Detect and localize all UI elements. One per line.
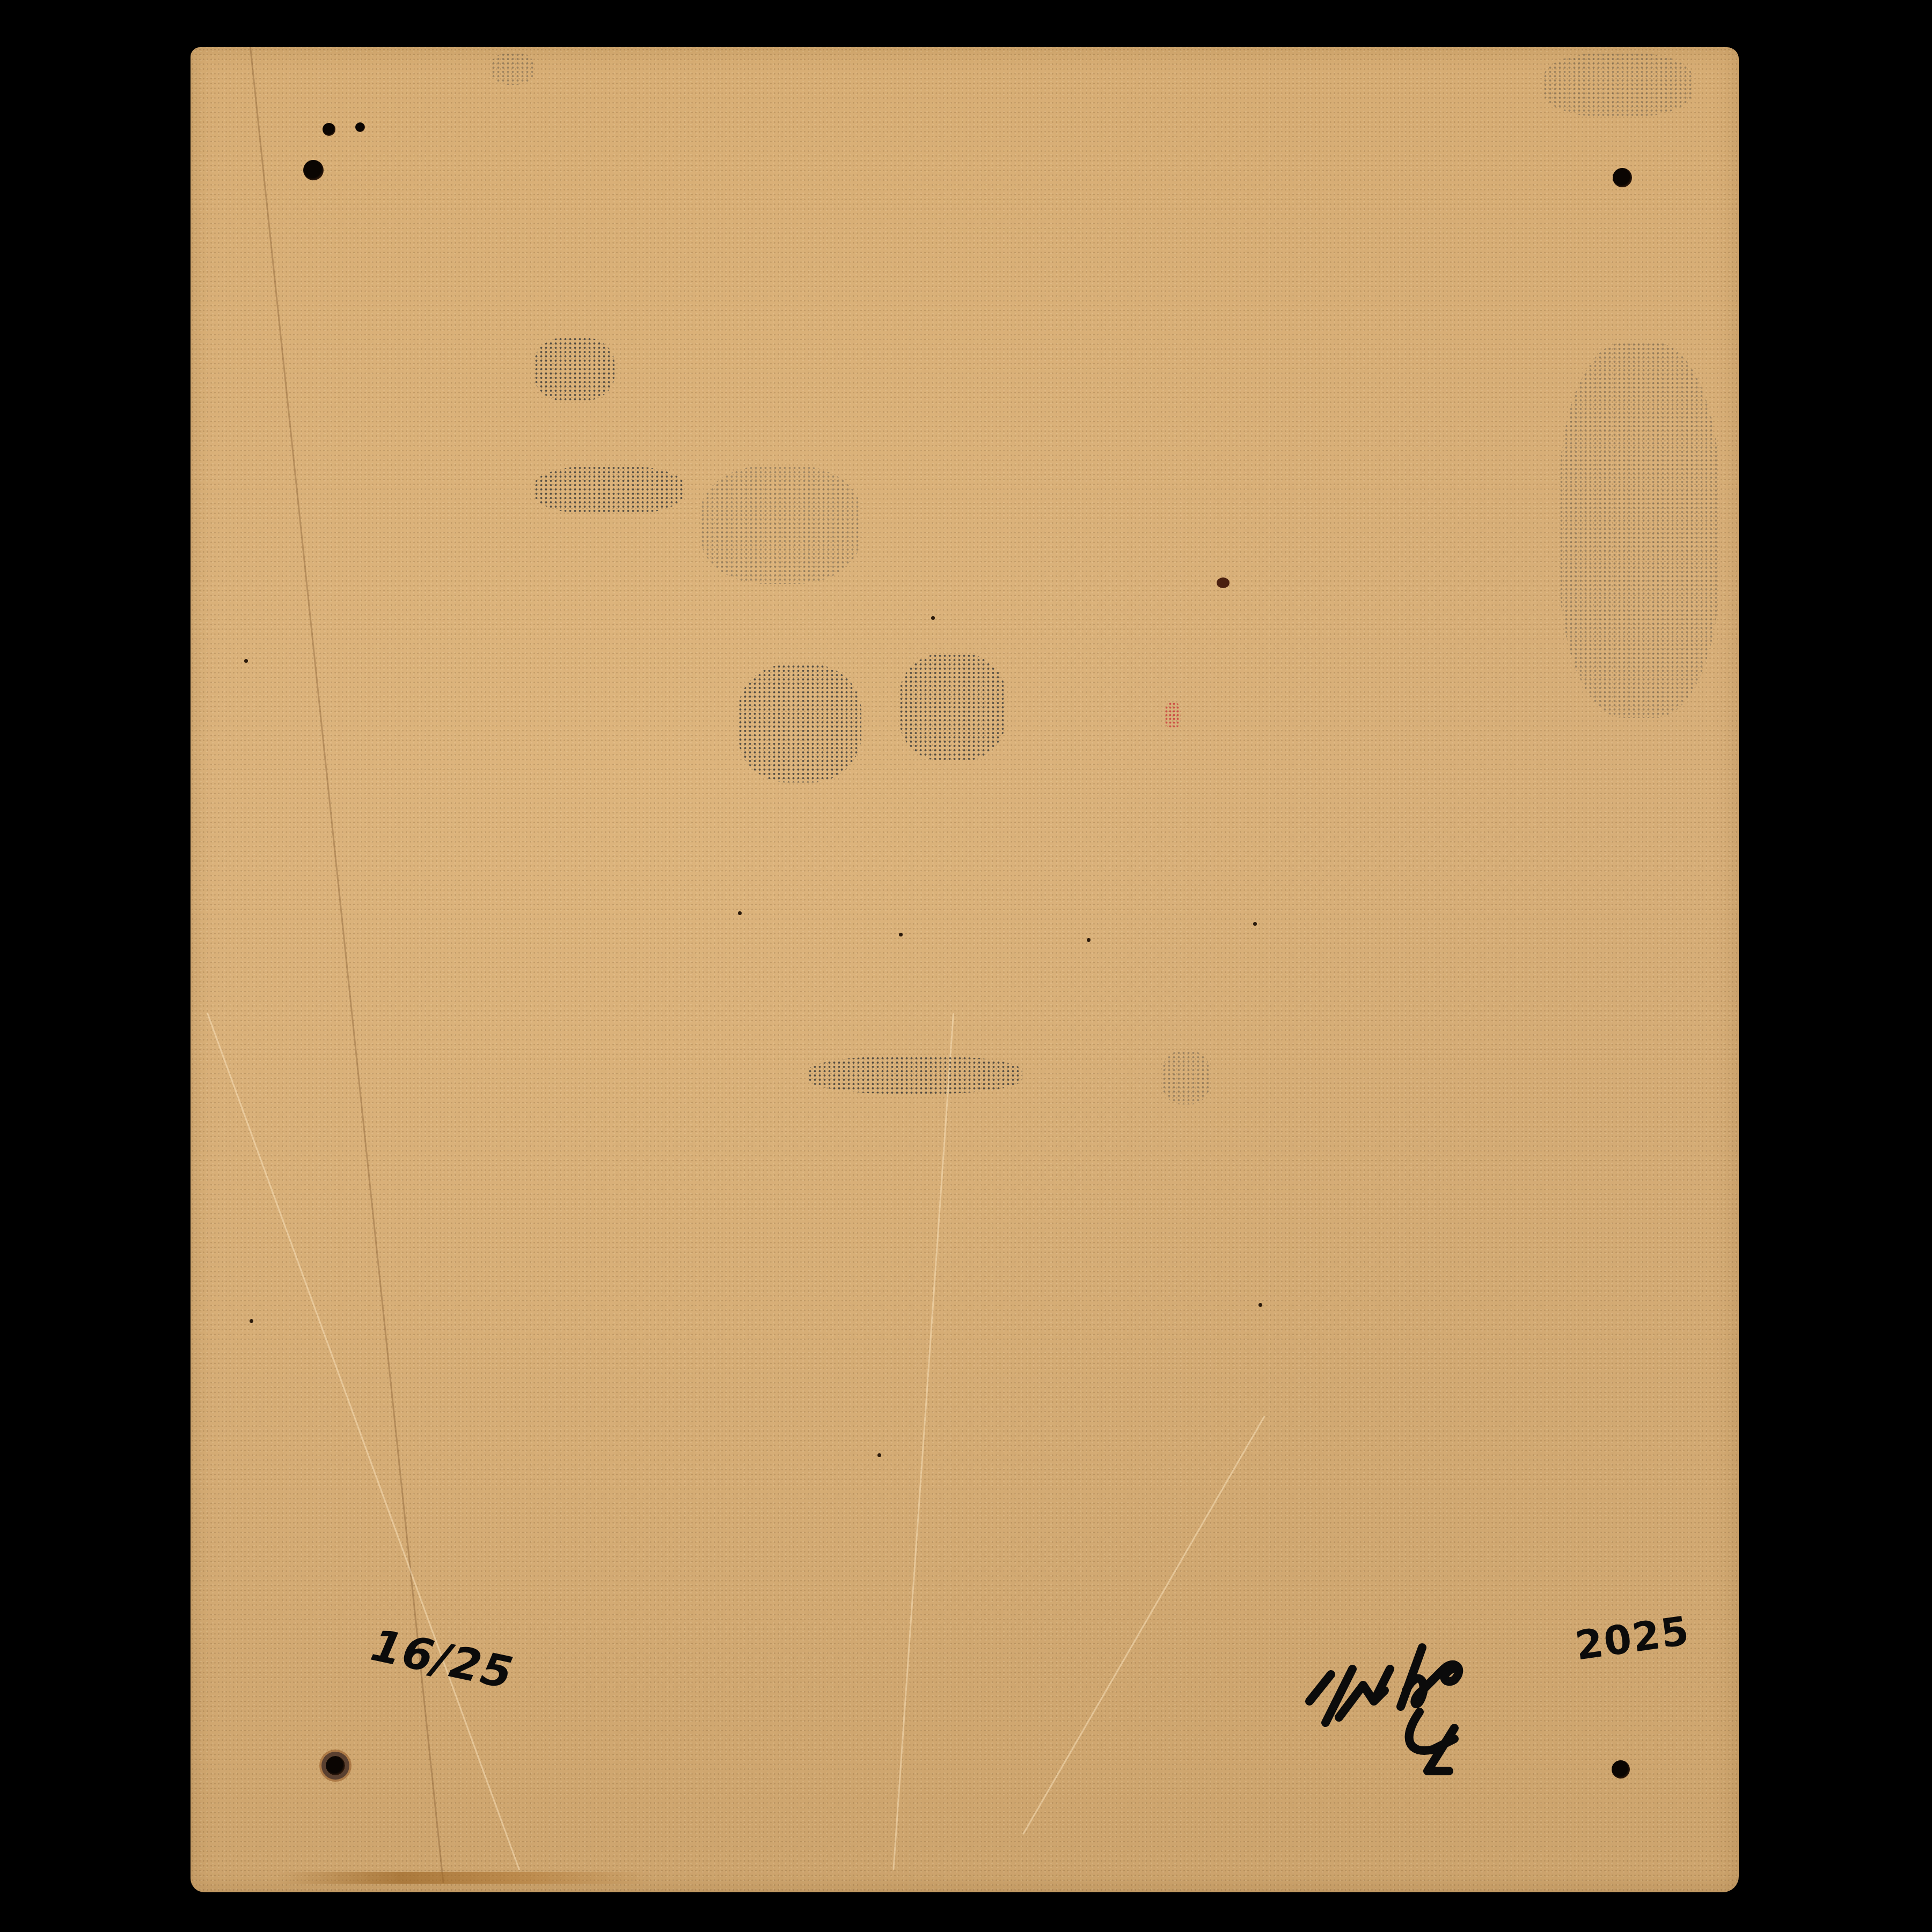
edge-stain-bottom — [276, 1872, 652, 1884]
graphite-smudge-1 — [534, 337, 614, 401]
graphite-smudge-6 — [808, 1056, 1022, 1094]
speck — [1087, 938, 1091, 942]
mounting-hole-top-left-2 — [355, 122, 365, 132]
speck — [250, 1319, 253, 1323]
mounting-hole-top-left-1 — [323, 123, 335, 136]
speck — [1258, 1303, 1262, 1307]
mounting-hole-center — [1217, 577, 1230, 588]
speck — [877, 1453, 881, 1457]
graphite-smudge-3 — [700, 466, 861, 584]
mounting-hole-top-right — [1613, 168, 1632, 187]
speck — [899, 933, 903, 936]
graphite-smudge-top — [491, 53, 534, 85]
graphite-smudge-right-edge — [1559, 342, 1720, 718]
graphite-smudge-2 — [534, 466, 684, 514]
graphite-smudge-5 — [899, 654, 1006, 761]
speck — [244, 659, 248, 663]
mounting-hole-top-left-3 — [303, 160, 324, 180]
graphite-smudge-7 — [1162, 1051, 1210, 1104]
graphite-smudge-4 — [738, 664, 861, 782]
red-pigment-mark — [1165, 702, 1181, 729]
speck — [1253, 922, 1257, 926]
artist-signature — [1293, 1610, 1540, 1782]
speck — [931, 616, 935, 620]
mounting-hole-bottom-left — [326, 1756, 345, 1775]
graphite-smudge-top-right — [1543, 53, 1693, 117]
mounting-hole-bottom-right — [1612, 1760, 1630, 1779]
speck — [738, 911, 742, 915]
